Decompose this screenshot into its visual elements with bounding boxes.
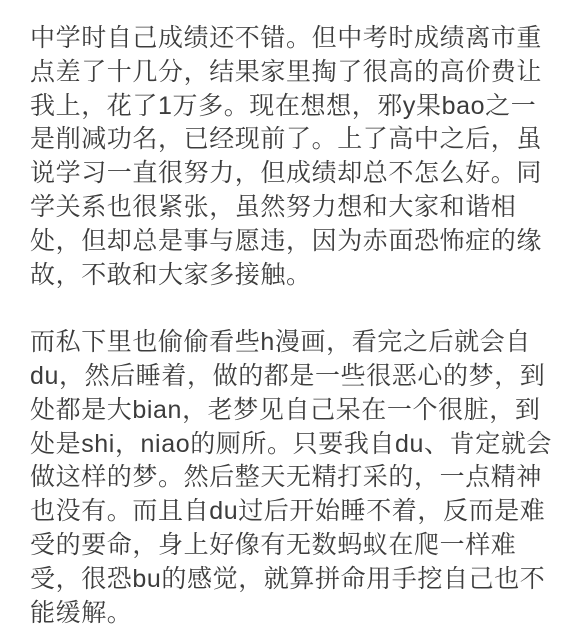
text-line: 点差了十几分，结果家里掏了很高的高价费让 bbox=[30, 56, 552, 90]
text-line: 处是shi，niao的厕所。只要我自du、肯定就会 bbox=[30, 428, 552, 462]
text-line: du，然后睡着，做的都是一些很恶心的梦，到 bbox=[30, 360, 552, 394]
text-line: 能缓解。 bbox=[30, 597, 552, 631]
text-line: 做这样的梦。然后整天无精打采的，一点精神 bbox=[30, 461, 552, 495]
text-line: 我上，花了1万多。现在想想，邪y果bao之一 bbox=[30, 90, 552, 124]
text-document: 中学时自己成绩还不错。但中考时成绩离市重 点差了十几分，结果家里掏了很高的高价费… bbox=[0, 0, 580, 630]
text-line: 中学时自己成绩还不错。但中考时成绩离市重 bbox=[30, 22, 552, 56]
text-line: 也没有。而且自du过后开始睡不着，反而是难 bbox=[30, 495, 552, 529]
paragraph: 中学时自己成绩还不错。但中考时成绩离市重 点差了十几分，结果家里掏了很高的高价费… bbox=[30, 22, 552, 292]
text-line: 受，很恐bu的感觉，就算拼命用手挖自己也不 bbox=[30, 563, 552, 597]
text-line: 说学习一直很努力，但成绩却总不怎么好。同 bbox=[30, 157, 552, 191]
text-line: 处都是大bian，老梦见自己呆在一个很脏，到 bbox=[30, 394, 552, 428]
paragraph: 而私下里也偷偷看些h漫画，看完之后就会自 du，然后睡着，做的都是一些很恶心的梦… bbox=[30, 326, 552, 630]
text-line: 学关系也很紧张，虽然努力想和大家和谐相 bbox=[30, 191, 552, 225]
text-line: 故，不敢和大家多接触。 bbox=[30, 259, 552, 293]
text-line: 而私下里也偷偷看些h漫画，看完之后就会自 bbox=[30, 326, 552, 360]
text-line: 处，但却总是事与愿违，因为赤面恐怖症的缘 bbox=[30, 225, 552, 259]
text-line: 受的要命，身上好像有无数蚂蚁在爬一样难 bbox=[30, 529, 552, 563]
text-line: 是削减功名，已经现前了。上了高中之后，虽 bbox=[30, 123, 552, 157]
